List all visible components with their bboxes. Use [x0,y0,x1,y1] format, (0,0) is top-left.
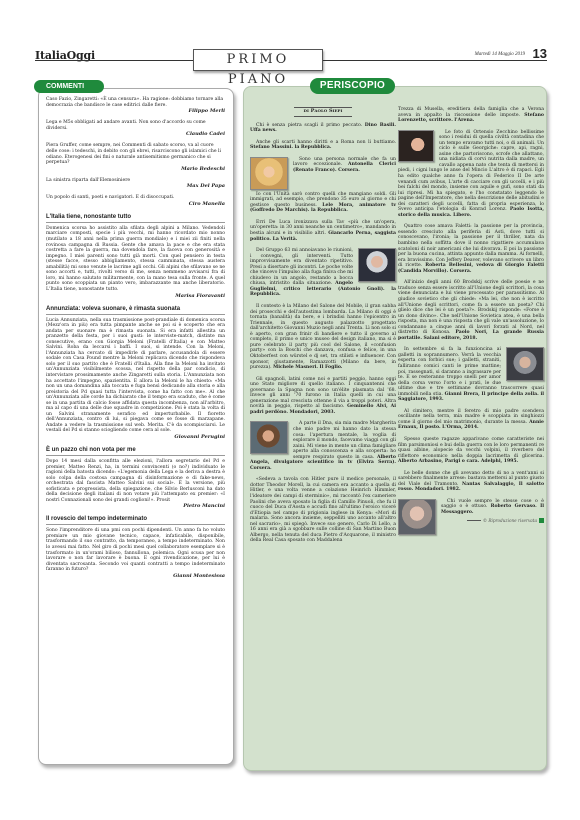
comment-signature: Max Del Papa [46,183,225,189]
quote-item: Chi vuole sempre le stesse cose o è sagg… [398,499,544,523]
quote-item: «Sedeva a tavola con Hitler pure il medi… [250,477,396,544]
article-body: Lucia Annunziata, nella sua trasmissione… [46,318,225,434]
article-title: È un pazzo chi non vota per me [46,446,225,456]
quote-item: Spesso queste ragazze apparivano come ca… [398,437,544,465]
article-signature: Gianni Montesissa [46,573,225,579]
header-divider-left [35,60,193,61]
article-body: Dopo 14 mesi dalla sconfitta alle elezio… [46,459,225,503]
quote-source: Alberto Arbasino, Parigi o cara. Adelphi… [398,459,518,464]
quote-item: Il contesto è la Milano del Salone del M… [250,304,396,371]
article-title: L'Italia tiene, nonostante tutto [46,213,225,223]
quote-item: Anche gli scarti hanno diritti e a Roma … [250,140,396,151]
periscopio-section: di Paolo Siepi Chi è senza pietra scagli… [243,86,547,771]
comment-article: Il rovescio del tempo indeterminato Sono… [46,515,225,578]
quote-item: In settembre si fa la funzioncina ai gal… [398,347,544,402]
article-body: Sono l'imprenditore di una pmi con pochi… [46,528,225,572]
short-comment: Caso Fazio, Zingaretti: «È una censura».… [46,97,225,114]
quote-text: «Sedeva a tavola con Hitler pure il medi… [250,477,396,543]
comment-text: Caso Fazio, Zingaretti: «È una censura».… [46,97,225,108]
page-number: 13 [533,46,547,61]
header-divider-right [323,60,547,61]
periscopio-column-right: Trezza di Musella, ereditiera della fami… [398,107,544,537]
article-title: Annunziata: voleva suonare, è rimasta su… [46,305,225,315]
quote-item: Erri De Luca ironizzava sulla Tav «più c… [250,220,396,242]
article-signature: Marisa Fioravanti [46,293,225,299]
article-signature: Giovanni Perugini [46,434,225,440]
quote-source: Michele Masneri. Il Foglio. [273,365,342,370]
page-header: ItaliaOggi PRIMO PIANO Martedì 14 Maggio… [35,46,547,72]
end-of-article-icon [539,518,544,523]
comment-signature: Mario Bedeschi [46,166,225,172]
short-comment: La sinistra riparta dall'Elemosiniere Ma… [46,178,225,190]
quote-text: Al cimitero, mentre il feretro di mio pa… [398,409,544,425]
column-author: di Paolo Siepi [294,107,352,117]
copyright-text: © Riproduzione riservata [483,518,537,523]
quote-item: Le belle donne che gli avevano detto di … [398,471,544,493]
quote-source: Stefano Massini. la Repubblica. [250,145,331,150]
quote-item: Del Gruppo 63 mi annoiavano le riunioni,… [250,248,396,298]
quote-item: Chi è senza pietra scagli il primo pecca… [250,123,396,134]
comment-signature: Filippo Merli [46,108,225,114]
quote-item: A parte il Dna, sia mia madre Margherita… [250,421,396,471]
quote-item: Trezza di Musella, ereditiera della fami… [398,107,544,124]
angelo-guglielmi-photo [358,248,396,282]
issue-date: Martedì 14 Maggio 2019 [475,52,525,57]
quote-item: Al cimitero, mentre il feretro di mio pa… [398,409,544,431]
comment-article: L'Italia tiene, nonostante tutto Domenic… [46,213,225,299]
article-title: Il rovescio del tempo indeterminato [46,515,225,525]
short-comment: Piera Gruffer, come sempre, nei Commenti… [46,143,225,171]
periscopio-badge: PERISCOPIO [310,78,395,94]
comment-text: Lega e M5s obbligati ad andare avanti. N… [46,120,225,131]
comment-text: Piera Gruffer, come sempre, nei Commenti… [46,143,225,165]
commenti-section: Caso Fazio, Zingaretti: «È una censura».… [38,88,234,765]
periscopio-column-left: di Paolo Siepi Chi è senza pietra scagli… [250,87,396,550]
ortensio-zecchino-photo [398,130,434,162]
article-body: Domenica scorsa ho assistito alla sfilat… [46,226,225,293]
comment-article: Annunziata: voleva suonare, è rimasta su… [46,305,225,440]
quote-item: Sono una persona normale che fa un lavor… [250,157,396,174]
quote-text: Anche gli scarti hanno diritti e a Roma … [256,140,396,145]
quote-text: Il contesto è la Milano del Salone del M… [250,304,396,370]
copyright-rule [467,520,481,521]
comment-signature: Claudio Cadei [46,131,225,137]
article-signature: Pietro Mancini [46,503,225,509]
quote-text: Quattro cose amava Faletti: la passione … [398,224,544,268]
quote-text: Spesso queste ragazze apparivano come ca… [398,437,544,459]
gianni-brera-photo [506,347,544,381]
quote-text: Trezza di Musella, ereditiera della fami… [398,107,544,118]
quote-item: Quattro cose amava Faletti: la passione … [398,224,544,274]
quote-item: Gli spagnoli, latini come noi e partiti … [250,377,396,416]
short-comment: Lega e M5s obbligati ad andare avanti. N… [46,120,225,137]
comment-signature: Ciro Manella [46,201,225,207]
alberto-angela-photo [250,421,288,454]
quote-item: Io con l'Unità sarò contro quelli che ma… [250,192,396,214]
short-comment: Un popolo di santi, poeti e navigatori. … [46,195,225,207]
antonella-clerici-photo [250,157,288,190]
roberto-gervaso-photo [398,499,436,535]
quote-item: All'inizio degli anni 60 Brodskij scrive… [398,280,544,341]
section-title: PRIMO PIANO [193,49,323,71]
quote-item: Le foto di Ortensio Zecchino bellissime … [398,130,544,219]
comment-article: È un pazzo chi non vota per me Dopo 14 m… [46,446,225,509]
quote-text: Chi è senza pietra scagli il primo pecca… [256,123,362,128]
commenti-badge: COMMENTI [34,80,104,93]
quote-text: All'inizio degli anni 60 Brodskij scrive… [398,280,544,335]
